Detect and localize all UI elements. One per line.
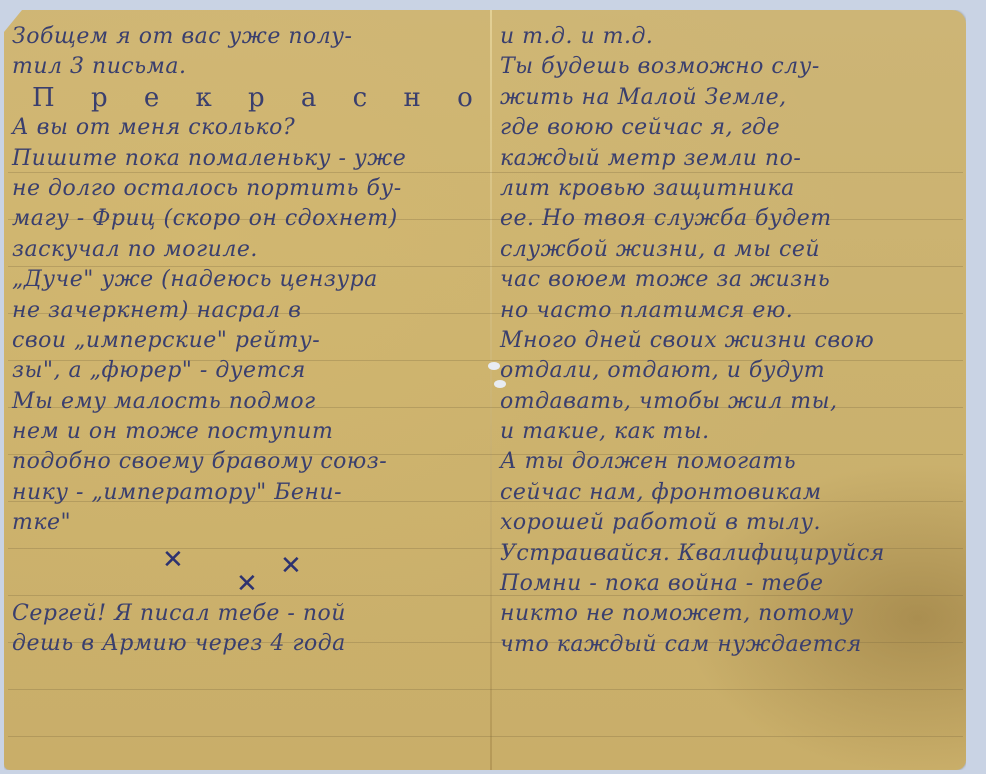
handwritten-line: ее. Но твоя служба будет	[500, 204, 968, 234]
handwritten-line: А вы от меня сколько?	[12, 113, 488, 143]
handwritten-line: нем и он тоже поступит	[12, 417, 488, 447]
handwritten-line: А ты должен помогать	[500, 447, 968, 477]
handwritten-line: отдавать, чтобы жил ты,	[500, 387, 968, 417]
center-fold	[490, 10, 492, 770]
handwritten-line: что каждый сам нуждается	[500, 630, 968, 660]
handwritten-line: Сергей! Я писал тебе - пой	[12, 599, 488, 629]
paper-hole	[488, 362, 500, 370]
handwritten-line: не зачеркнет) насрал в	[12, 296, 488, 326]
handwritten-line: сейчас нам, фронтовикам	[500, 478, 968, 508]
handwritten-line: отдали, отдают, и будут	[500, 356, 968, 386]
handwritten-line: подобно своему бравому союз-	[12, 447, 488, 477]
right-page: и т.д. и т.д.Ты будешь возможно слу-жить…	[500, 22, 968, 660]
handwritten-line: но часто платимся ею.	[500, 296, 968, 326]
handwritten-line: Пишите пока помаленьку - уже	[12, 144, 488, 174]
star-mark: ✕	[280, 551, 302, 581]
handwritten-line: свои „имперские" рейту-	[12, 326, 488, 356]
handwritten-line: тил 3 письма.	[12, 52, 488, 82]
handwritten-line: не долго осталось портить бу-	[12, 174, 488, 204]
handwritten-line: жить на Малой Земле,	[500, 83, 968, 113]
handwritten-line: магу - Фриц (скоро он сдохнет)	[12, 204, 488, 234]
handwritten-line: и такие, как ты.	[500, 417, 968, 447]
ruled-line	[8, 736, 963, 737]
handwritten-line: час воюем тоже за жизнь	[500, 265, 968, 295]
decoration-stars: ✕ ✕ ✕	[12, 539, 488, 599]
ruled-line	[8, 689, 963, 690]
left-page: Зобщем я от вас уже полу-тил 3 письма.П …	[12, 22, 488, 659]
handwritten-line: Ты будешь возможно слу-	[500, 52, 968, 82]
handwritten-line: Много дней своих жизни свою	[500, 326, 968, 356]
handwritten-line: Устраивайся. Квалифицируйся	[500, 539, 968, 569]
handwritten-line: Мы ему малость подмог	[12, 387, 488, 417]
handwritten-line: Помни - пока война - тебе	[500, 569, 968, 599]
handwritten-line: никто не поможет, потому	[500, 599, 968, 629]
handwritten-line: „Дуче" уже (надеюсь цензура	[12, 265, 488, 295]
handwritten-line: службой жизни, а мы сей	[500, 235, 968, 265]
handwritten-line: нику - „императору" Бени-	[12, 478, 488, 508]
handwritten-line: каждый метр земли по-	[500, 144, 968, 174]
handwritten-line: заскучал по могиле.	[12, 235, 488, 265]
handwritten-line: хорошей работой в тылу.	[500, 508, 968, 538]
handwritten-line: П р е к р а с н о	[12, 83, 488, 113]
handwritten-line: дешь в Армию через 4 года	[12, 629, 488, 659]
handwritten-line: тке"	[12, 508, 488, 538]
star-mark: ✕	[236, 569, 258, 599]
handwritten-line: зы", а „фюрер" - дуется	[12, 356, 488, 386]
handwritten-line: где воюю сейчас я, где	[500, 113, 968, 143]
handwritten-line: и т.д. и т.д.	[500, 22, 968, 52]
star-mark: ✕	[162, 545, 184, 575]
handwritten-line: Зобщем я от вас уже полу-	[12, 22, 488, 52]
handwritten-line: лит кровью защитника	[500, 174, 968, 204]
